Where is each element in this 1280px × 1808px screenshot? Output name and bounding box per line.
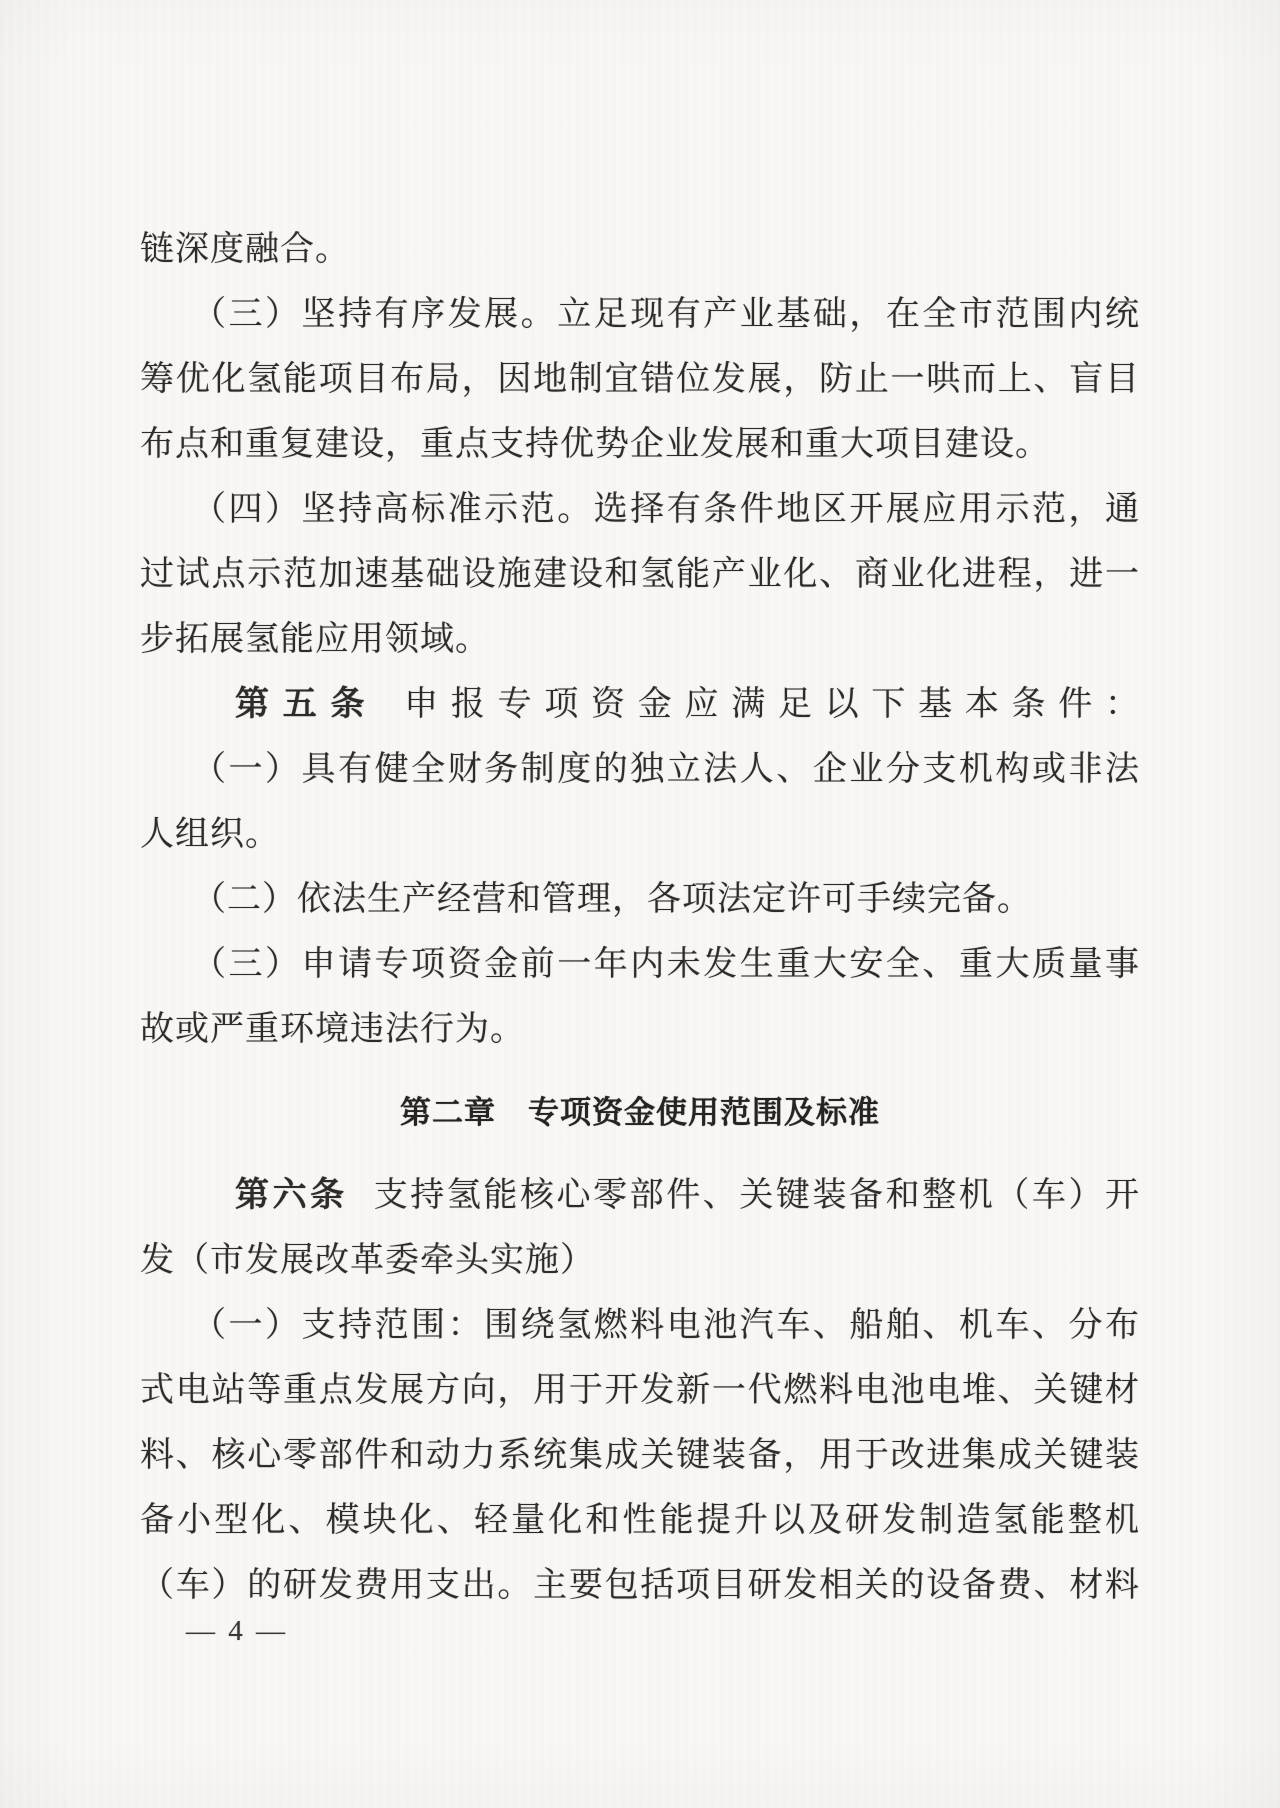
article-text: 支持氢能核心零部件、关键装备和整机（车）开	[374, 1177, 1140, 1214]
article-text: 申报专项资金应满足以下基本条件：	[404, 686, 1140, 723]
text-line: 料、核心零部件和动力系统集成关键装备，用于改进集成关键装	[140, 1423, 1140, 1488]
page-number: — 4 —	[186, 1615, 288, 1648]
text-line: （三）申请专项资金前一年内未发生重大安全、重大质量事	[140, 932, 1140, 997]
text-line-article-6: 第六条支持氢能核心零部件、关键装备和整机（车）开	[140, 1163, 1140, 1228]
text-line: （四）坚持高标准示范。选择有条件地区开展应用示范，通	[140, 477, 1140, 542]
chapter-heading: 第二章 专项资金使用范围及标准	[140, 1080, 1140, 1145]
text-line-article-5: 第五条申报专项资金应满足以下基本条件：	[140, 672, 1140, 737]
text-line: （三）坚持有序发展。立足现有产业基础，在全市范围内统	[140, 282, 1140, 347]
document-text-block: 链深度融合。 （三）坚持有序发展。立足现有产业基础，在全市范围内统 筹优化氢能项…	[140, 217, 1140, 1618]
text-line: （二）依法生产经营和管理，各项法定许可手续完备。	[140, 867, 1140, 932]
text-line: （车）的研发费用支出。主要包括项目研发相关的设备费、材料	[140, 1553, 1140, 1618]
text-line: 步拓展氢能应用领域。	[140, 607, 1140, 672]
text-line: 过试点示范加速基础设施建设和氢能产业化、商业化进程，进一	[140, 542, 1140, 607]
article-number-label: 第五条	[235, 685, 378, 723]
text-line: 备小型化、模块化、轻量化和性能提升以及研发制造氢能整机	[140, 1488, 1140, 1553]
text-line: 链深度融合。	[140, 217, 1140, 282]
scanned-document-page: 链深度融合。 （三）坚持有序发展。立足现有产业基础，在全市范围内统 筹优化氢能项…	[0, 0, 1280, 1808]
text-line: （一）支持范围：围绕氢燃料电池汽车、船舶、机车、分布	[140, 1293, 1140, 1358]
text-line: 布点和重复建设，重点支持优势企业发展和重大项目建设。	[140, 412, 1140, 477]
article-number-label: 第六条	[235, 1176, 348, 1214]
text-line: （一）具有健全财务制度的独立法人、企业分支机构或非法	[140, 737, 1140, 802]
text-line: 人组织。	[140, 802, 1140, 867]
text-line: 筹优化氢能项目布局，因地制宜错位发展，防止一哄而上、盲目	[140, 347, 1140, 412]
text-line: 故或严重环境违法行为。	[140, 997, 1140, 1062]
text-line: 发（市发展改革委牵头实施）	[140, 1228, 1140, 1293]
text-line: 式电站等重点发展方向，用于开发新一代燃料电池电堆、关键材	[140, 1358, 1140, 1423]
